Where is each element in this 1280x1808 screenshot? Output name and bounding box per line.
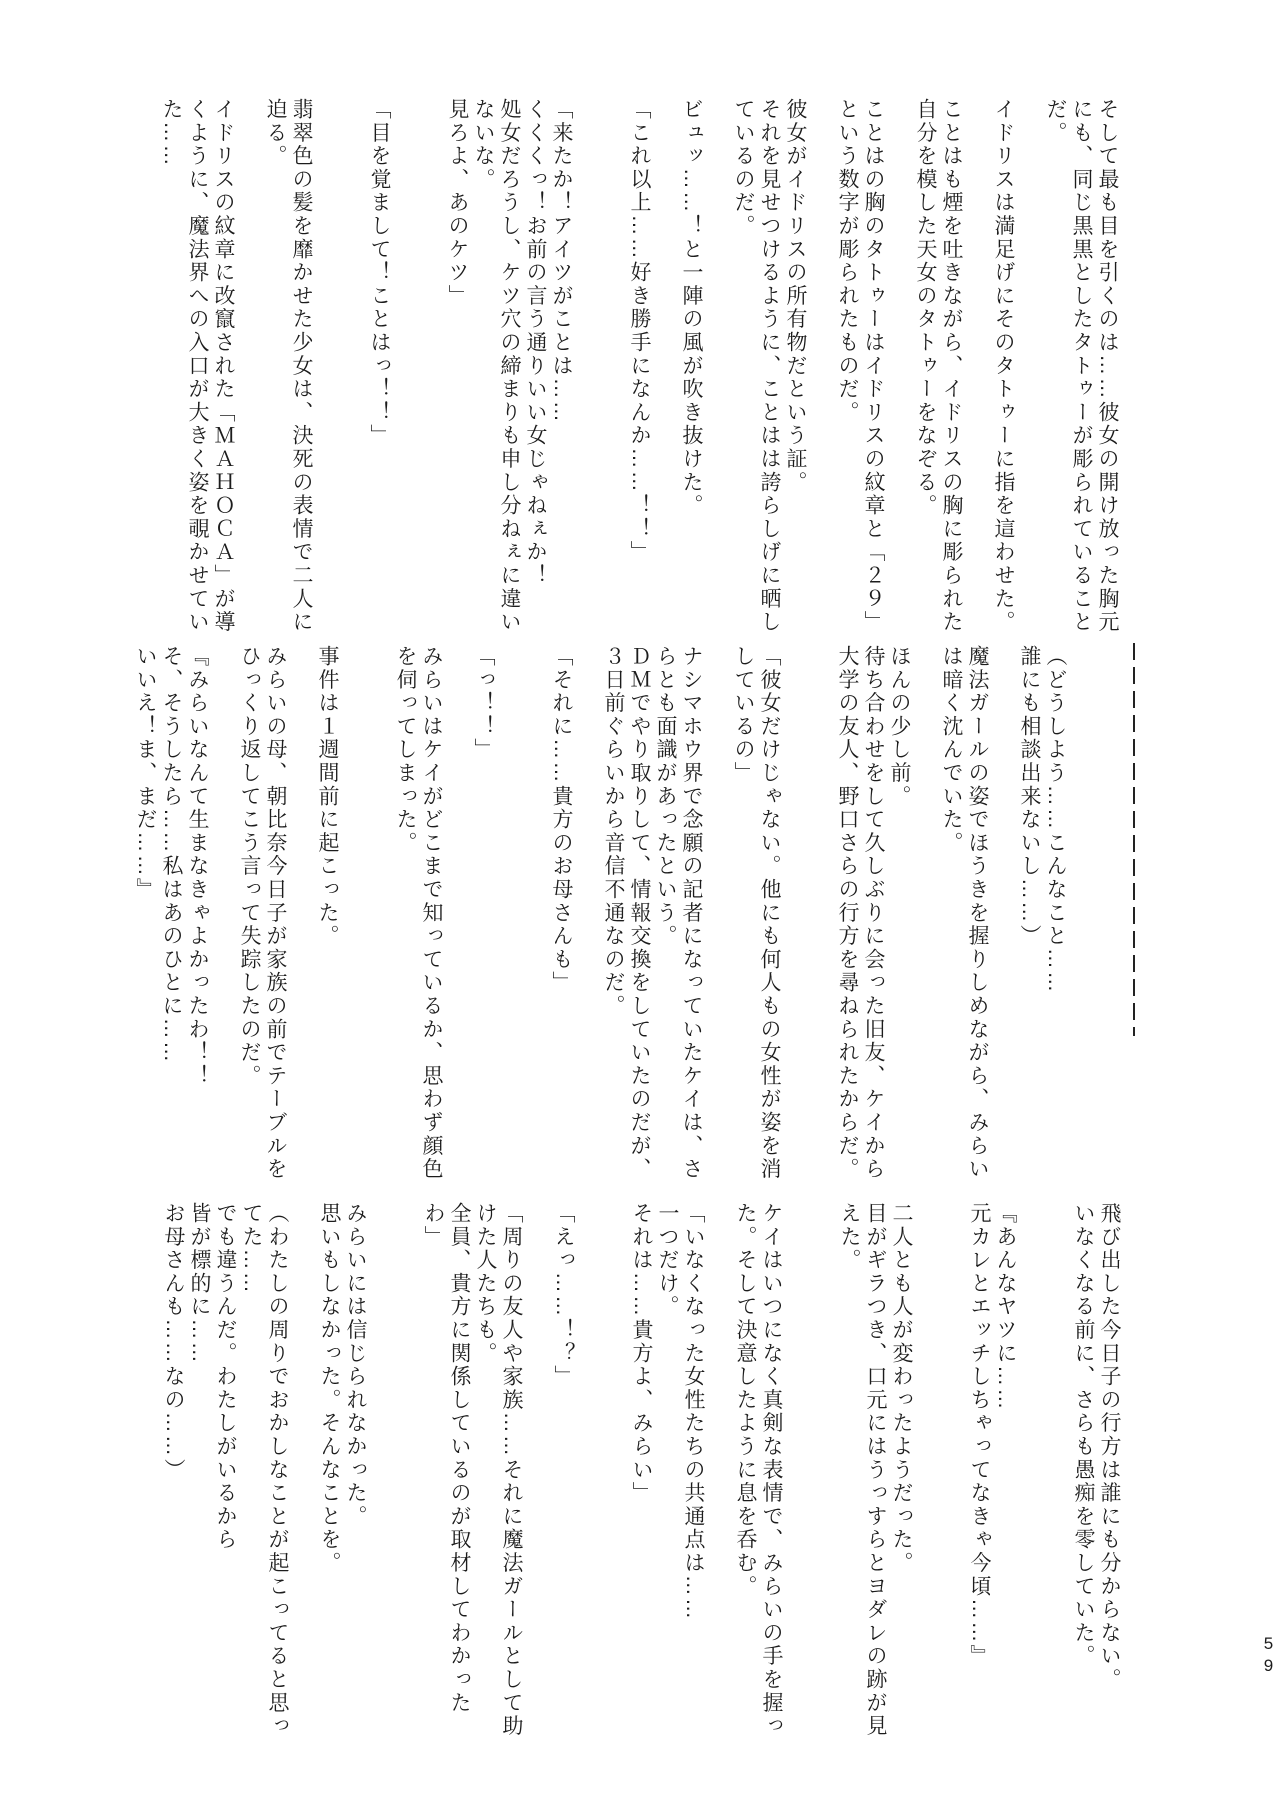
column-gap [290,1202,316,1742]
column-gap [496,645,522,1185]
text-column: 「彼女だけじゃない。他にも何人もの女性が姿を消 [756,645,782,1185]
text-column: くくくっ！お前の言う通りいい女じゃねぇか！ [522,98,548,638]
middle-text-block: （どうしよう……こんなこと……誰にも相談出来ないし……） 魔法ガールの姿でほうき… [132,645,1068,1185]
text-column: ほんの少し前。 [886,645,912,1185]
text-column: ないな。 [470,98,496,638]
column-gap [704,98,730,638]
text-column: ひっくり返してこう言って失踪したのだ。 [236,645,262,1185]
column-gap [574,98,600,638]
column-gap [602,1202,628,1742]
text-column: た…… [158,98,184,638]
text-column: 「いなくなった女性たちの共通点は…… [680,1202,706,1742]
text-column: 「っ！！」 [470,645,496,1185]
column-gap [1044,1202,1070,1742]
text-column: らとも面識があったという。 [652,645,678,1185]
column-gap [288,645,314,1185]
text-column: 彼女がイドリスの所有物だという証。 [782,98,808,638]
column-gap [340,645,366,1185]
column-gap [1016,98,1042,638]
column-gap [808,98,834,638]
text-column: ＤＭでやり取りして、情報交換をしていたのだが、 [626,645,652,1185]
text-column: お母さんも……なの……） [160,1202,186,1742]
text-column: でも違うんだ。わたしがいるから [212,1202,238,1742]
column-gap [340,98,366,638]
text-column: 大学の友人、野口さらの行方を尋ねられたからだ。 [834,645,860,1185]
column-gap [940,1202,966,1742]
text-column: 『あんなヤツに…… [992,1202,1018,1742]
text-column: 「えっ……！？」 [550,1202,576,1742]
text-column: 誰にも相談出来ないし……） [1016,645,1042,1185]
text-column: 「周りの友人や家族……それに魔法ガールとして助 [498,1202,524,1742]
text-column: そして最も目を引くのは……彼女の開け放った胸元 [1094,98,1120,638]
column-gap [600,98,626,638]
column-gap [1018,1202,1044,1742]
text-column: 処女だろうし、ケツ穴の締まりも申し分ねぇに違い [496,98,522,638]
text-column: ことはも煙を吐きながら、イドリスの胸に彫られた [938,98,964,638]
column-gap [392,98,418,638]
text-column: 元カレとエッチしちゃってなきゃ今頃……』 [966,1202,992,1742]
text-column: 飛び出した今日子の行方は誰にも分からない。 [1096,1202,1122,1742]
text-column: ３日前ぐらいから音信不通なのだ。 [600,645,626,1185]
text-column: 目がギラつき、口元にはうっすらとヨダレの跡が見 [862,1202,888,1742]
text-column: いなくなる前に、さらも愚痴を零していた。 [1070,1202,1096,1742]
column-gap [912,645,938,1185]
text-column: けた人たちも。 [472,1202,498,1742]
text-column: ケイはいつになく真剣な表情で、みらいの手を握っ [758,1202,784,1742]
page-number: 59 [1258,1634,1278,1678]
text-column: 自分を模した天女のタトゥーをなぞる。 [912,98,938,638]
text-column: そ、そうしたら……私はあのひとに…… [158,645,184,1185]
text-column: は暗く沈んでいた。 [938,645,964,1185]
text-column: 皆が標的に…… [186,1202,212,1742]
text-column: 全員、貴方に関係しているのが取材してわかった [446,1202,472,1742]
text-column: にも、同じ黒黒としたタトゥーが彫られていること [1068,98,1094,638]
text-column: 「目を覚まして！ことはっ！！」 [366,98,392,638]
text-column: ビュッ……！と一陣の風が吹き抜けた。 [678,98,704,638]
text-column: みらいの母、朝比奈今日子が家族の前でテーブルを [262,645,288,1185]
text-column: 『みらいなんて生まなきゃよかったわ！！ [184,645,210,1185]
text-column: しているの」 [730,645,756,1185]
novel-page: そして最も目を引くのは……彼女の開け放った胸元にも、同じ黒黒としたタトゥーが彫ら… [0,0,1280,1808]
text-column: 一つだけ。 [654,1202,680,1742]
text-column: イドリスの紋章に改竄された「ＭＡＨＯＣＡ」が導 [210,98,236,638]
column-gap [808,645,834,1185]
column-gap [236,98,262,638]
column-gap [574,645,600,1185]
text-column: わ」 [420,1202,446,1742]
text-column: 二人とも人が変わったようだった。 [888,1202,914,1742]
text-column: くように、魔法界への入口が大きく姿を覗かせてい [184,98,210,638]
column-gap [706,1202,732,1742]
text-column: ているのだ。 [730,98,756,638]
text-column: 事件は１週間前に起こった。 [314,645,340,1185]
text-column: （どうしよう……こんなこと…… [1042,645,1068,1185]
text-column: それを見せつけるように、ことはは誇らしげに晒し [756,98,782,638]
text-column: という数字が彫られたものだ。 [834,98,860,638]
column-gap [444,645,470,1185]
text-column: 「それに……貴方のお母さんも」 [548,645,574,1185]
text-column: それは……貴方よ、みらい」 [628,1202,654,1742]
text-column: てた…… [238,1202,264,1742]
column-gap [522,645,548,1185]
column-gap [394,1202,420,1742]
text-column: 待ち合わせをして久しぶりに会った旧友、ケイから [860,645,886,1185]
text-column: みらいには信じられなかった。 [342,1202,368,1742]
column-gap [704,645,730,1185]
text-column: （わたしの周りでおかしなことが起こってると思っ [264,1202,290,1742]
text-column: 見ろよ、あのケツ」 [444,98,470,638]
column-gap [810,1202,836,1742]
column-gap [990,645,1016,1185]
text-column: ことはの胸のタトゥーはイドリスの紋章と「２９」 [860,98,886,638]
column-gap [210,645,236,1185]
column-gap [314,98,340,638]
text-column: 「これ以上……好き勝手になんか……！！」 [626,98,652,638]
column-gap [576,1202,602,1742]
text-column: ナシマホウ界で念願の記者になっていたケイは、さ [678,645,704,1185]
column-gap [524,1202,550,1742]
column-gap [784,1202,810,1742]
bottom-text-block: 飛び出した今日子の行方は誰にも分からない。いなくなる前に、さらも愚痴を零していた… [160,1202,1122,1742]
text-column: た。そして決意したように息を呑む。 [732,1202,758,1742]
text-column: 「来たか！アイツがことは…… [548,98,574,638]
text-column: 思いもしなかった。そんなことを。 [316,1202,342,1742]
text-column: だ。 [1042,98,1068,638]
text-column: 迫る。 [262,98,288,638]
column-gap [964,98,990,638]
column-gap [368,1202,394,1742]
text-column: イドリスは満足げにそのタトゥーに指を這わせた。 [990,98,1016,638]
section-separator-rule [1133,643,1135,1036]
column-gap [886,98,912,638]
column-gap [782,645,808,1185]
text-column: 翡翠色の髪を靡かせた少女は、決死の表情で二人に [288,98,314,638]
text-column: みらいはケイがどこまで知っているか、思わず顔色 [418,645,444,1185]
column-gap [418,98,444,638]
text-column: えた。 [836,1202,862,1742]
top-text-block: そして最も目を引くのは……彼女の開け放った胸元にも、同じ黒黒としたタトゥーが彫ら… [158,98,1120,638]
column-gap [914,1202,940,1742]
text-column: を伺ってしまった。 [392,645,418,1185]
text-column: 魔法ガールの姿でほうきを握りしめながら、みらい [964,645,990,1185]
column-gap [366,645,392,1185]
column-gap [652,98,678,638]
text-column: いいえ！ま、まだ……』 [132,645,158,1185]
